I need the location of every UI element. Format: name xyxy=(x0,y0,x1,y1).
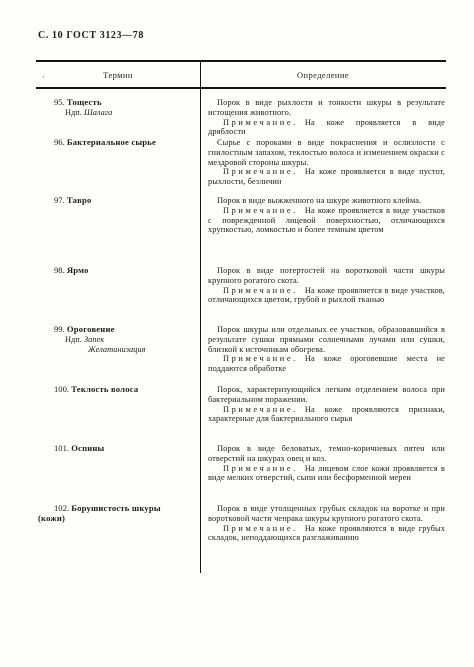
term-cell: 99. Ороговение Ндп. Запек Желатинизация xyxy=(36,325,200,385)
term-name: Бактериальное сырье xyxy=(67,137,156,147)
term-entry: 101. Оспины xyxy=(38,444,188,454)
definition-text: Порок, характеризующийся легким отделени… xyxy=(208,385,445,405)
nonstandard-label: Ндп. xyxy=(65,108,82,117)
table-row: 100. Теклость волоса Порок, характеризую… xyxy=(36,385,446,444)
table-row: 97. Тавро Порок в виде выжженного на шку… xyxy=(36,196,446,266)
definition-cell: Порок в виде выжженного на шкуре животно… xyxy=(200,196,446,266)
table-row: 96. Бактериальное сырье Сырье с пороками… xyxy=(36,138,446,196)
term-name: Оспины xyxy=(71,443,104,453)
term-name: Теклость волоса xyxy=(71,384,138,394)
note-label: Примечание. xyxy=(223,405,298,414)
definition-cell: Порок, характеризующийся легким отделени… xyxy=(200,385,446,444)
table-body: 95. Тощесть Ндп. Шалага Порок в виде рых… xyxy=(36,89,446,563)
definition-text: Сырье с пороками в виде покраснения и ос… xyxy=(208,138,445,167)
term-entry: 95. Тощесть xyxy=(38,98,188,108)
definition-cell: Порок шкуры или отдельных ее участков, о… xyxy=(200,325,446,385)
term-number: 97. xyxy=(54,195,65,205)
definition-text: Порок в виде рыхлости и тонкости шкуры в… xyxy=(208,98,445,118)
definition-text: Порок в виде утолщенных грубых складок н… xyxy=(208,504,445,524)
term-cell: 97. Тавро xyxy=(36,196,200,266)
note-label: Примечание. xyxy=(223,206,298,215)
term-number: 95. xyxy=(54,97,65,107)
table-row: 101. Оспины Порок в виде беловатых, темн… xyxy=(36,444,446,504)
definition-text: Порок в виде беловатых, темно-коричневых… xyxy=(208,444,445,464)
term-synonym: Ндп. Запек xyxy=(38,335,188,345)
note-text: Примечание.На коже проявляются в виде гр… xyxy=(208,524,445,544)
terms-definitions-table: · Термин Определение 95. Тощесть Ндп. Ша… xyxy=(36,60,446,563)
term-entry: 99. Ороговение xyxy=(38,325,188,335)
column-divider-rule xyxy=(200,60,201,573)
definition-cell: Порок в виде беловатых, темно-коричневых… xyxy=(200,444,446,504)
page-number-and-standard-title: С. 10 ГОСТ 3123—78 xyxy=(38,30,144,41)
note-label: Примечание. xyxy=(223,524,298,533)
term-name: Тавро xyxy=(67,195,92,205)
term-number: 100. xyxy=(54,384,69,394)
column-header-definition: Определение xyxy=(200,70,446,80)
term-cell: 102. Борушистость шкуры (кожи) xyxy=(36,504,200,563)
note-label: Примечание. xyxy=(223,167,298,176)
note-text: Примечание.На коже проявляется в виде др… xyxy=(208,118,445,138)
note-label: Примечание. xyxy=(223,464,298,473)
term-entry: 97. Тавро xyxy=(38,196,188,206)
definition-cell: Порок в виде рыхлости и тонкости шкуры в… xyxy=(200,98,446,138)
table-row: 98. Ярмо Порок в виде потертостей на вор… xyxy=(36,266,446,325)
definition-text: Порок шкуры или отдельных ее участков, о… xyxy=(208,325,445,354)
note-label: Примечание. xyxy=(223,286,298,295)
column-header-term: Термин xyxy=(36,70,200,80)
term-entry: 100. Теклость волоса xyxy=(38,385,188,395)
table-row: 102. Борушистость шкуры (кожи) Порок в в… xyxy=(36,504,446,563)
definition-text: Порок в виде выжженного на шкуре животно… xyxy=(208,196,445,206)
term-synonym: Ндп. Шалага xyxy=(38,108,188,118)
term-cell: 96. Бактериальное сырье xyxy=(36,138,200,196)
note-label: Примечание. xyxy=(223,354,298,363)
term-name: Тощесть xyxy=(67,97,102,107)
term-cell: 95. Тощесть Ндп. Шалага xyxy=(36,98,200,138)
definition-cell: Порок в виде утолщенных грубых складок н… xyxy=(200,504,446,563)
term-name: Ярмо xyxy=(67,265,89,275)
table-row: 99. Ороговение Ндп. Запек Желатинизация … xyxy=(36,325,446,385)
term-number: 101. xyxy=(54,443,69,453)
note-text: Примечание.На лицевом слое кожи проявляе… xyxy=(208,464,445,484)
note-text: Примечание.На коже проявляется в виде уч… xyxy=(208,206,445,235)
note-text: Примечание.На коже проявляется в виде уч… xyxy=(208,286,445,306)
definition-text: Порок в виде потертостей на воротковой ч… xyxy=(208,266,445,286)
term-entry: 98. Ярмо xyxy=(38,266,188,276)
term-entry: 96. Бактериальное сырье xyxy=(38,138,188,148)
nonstandard-label: Ндп. xyxy=(65,335,82,344)
term-number: 96. xyxy=(54,137,65,147)
table-header-row: · Термин Определение xyxy=(36,60,446,89)
synonym-text: Шалага xyxy=(84,108,112,117)
term-number: 99. xyxy=(54,324,65,334)
term-number: 102. xyxy=(54,503,69,513)
note-text: Примечание.На коже ороговевшие места не … xyxy=(208,354,445,374)
synonym-text: Запек xyxy=(84,335,104,344)
table-row: 95. Тощесть Ндп. Шалага Порок в виде рых… xyxy=(36,98,446,138)
term-name: Ороговение xyxy=(67,324,115,334)
term-cell: 98. Ярмо xyxy=(36,266,200,325)
definition-cell: Порок в виде потертостей на воротковой ч… xyxy=(200,266,446,325)
term-synonym-secondary: Желатинизация xyxy=(38,345,188,355)
note-text: Примечание.На коже проявляются признаки,… xyxy=(208,405,445,425)
note-label: Примечание. xyxy=(223,118,298,127)
definition-cell: Сырье с пороками в виде покраснения и ос… xyxy=(200,138,446,196)
note-text: Примечание.На коже проявляется в виде пу… xyxy=(208,167,445,187)
term-cell: 100. Теклость волоса xyxy=(36,385,200,444)
term-entry: 102. Борушистость шкуры (кожи) xyxy=(38,504,188,524)
scan-speck: · xyxy=(42,74,45,82)
term-number: 98. xyxy=(54,265,65,275)
term-cell: 101. Оспины xyxy=(36,444,200,504)
